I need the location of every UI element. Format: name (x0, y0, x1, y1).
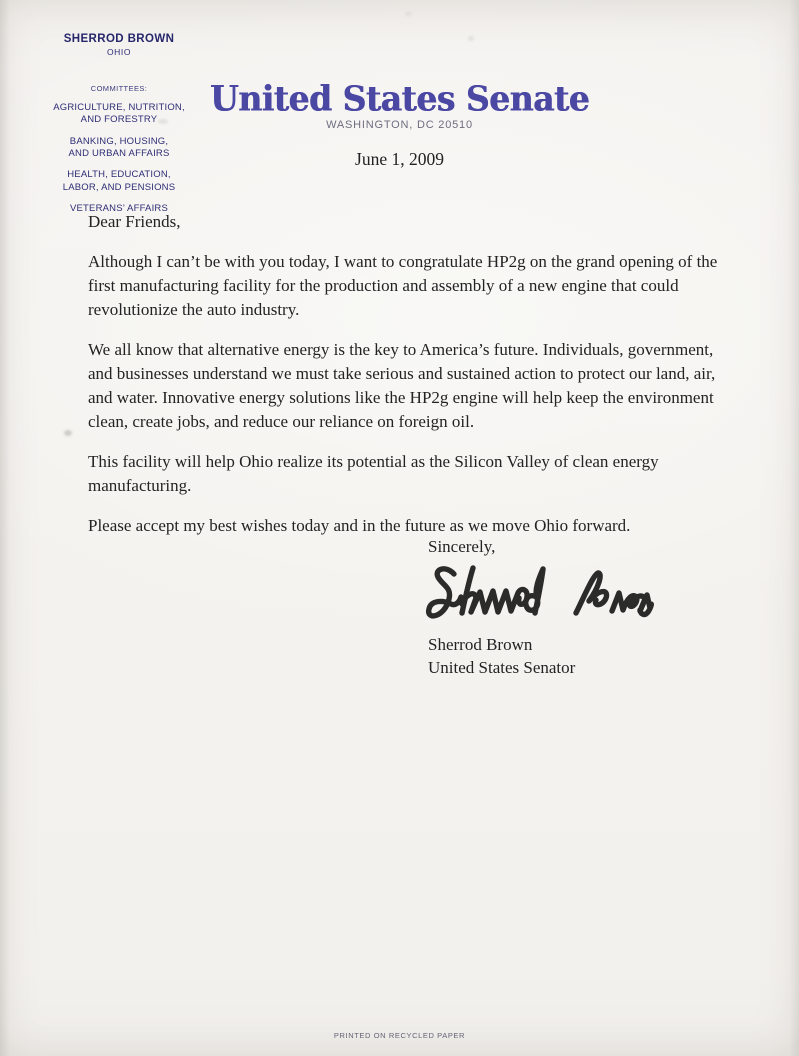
committee-line: BANKING, HOUSING, (14, 136, 224, 148)
scan-smudge (468, 36, 474, 41)
senator-state: OHIO (14, 47, 224, 57)
signature-handwriting (416, 562, 654, 632)
scan-smudge (64, 430, 72, 436)
salutation: Dear Friends, (88, 210, 740, 234)
closing-block: Sincerely, Sherrod Brown United States S… (428, 536, 654, 679)
signature-printed-name: Sherrod Brown (428, 634, 654, 656)
scan-smudge (158, 119, 168, 124)
letter-body: Dear Friends, Although I can’t be with y… (88, 210, 740, 554)
committee-health: HEALTH, EDUCATION, LABOR, AND PENSIONS (14, 169, 224, 194)
recycled-paper-note: PRINTED ON RECYCLED PAPER (0, 1031, 799, 1040)
senate-letterhead-title: United States Senate (0, 78, 799, 119)
signature-printed-title: United States Senator (428, 657, 654, 679)
paragraph-energy: We all know that alternative energy is t… (88, 338, 740, 434)
senator-name: SHERROD BROWN (14, 33, 224, 45)
paragraph-opening: Although I can’t be with you today, I wa… (88, 250, 740, 322)
senate-address: WASHINGTON, DC 20510 (0, 119, 799, 131)
letter-date: June 1, 2009 (0, 149, 799, 170)
paragraph-wishes: Please accept my best wishes today and i… (88, 514, 740, 538)
closing-word: Sincerely, (428, 536, 654, 558)
committee-line: HEALTH, EDUCATION, (14, 169, 224, 181)
scan-smudge (405, 12, 412, 16)
committee-line: LABOR, AND PENSIONS (14, 182, 224, 194)
paragraph-facility: This facility will help Ohio realize its… (88, 450, 740, 498)
scanned-letter-page: SHERROD BROWN OHIO COMMITTEES: AGRICULTU… (0, 0, 799, 1056)
